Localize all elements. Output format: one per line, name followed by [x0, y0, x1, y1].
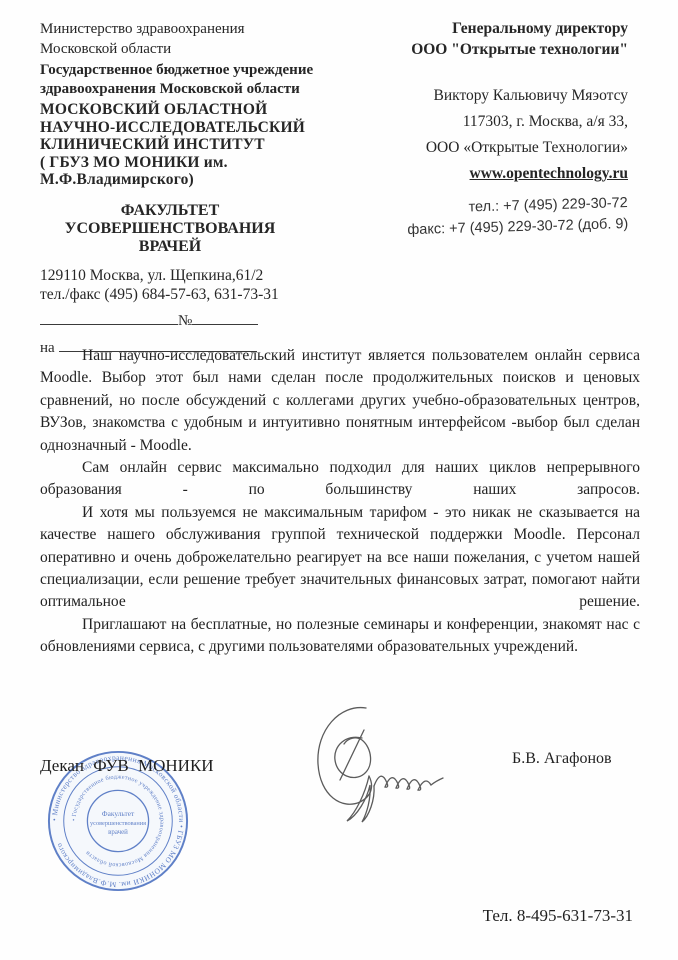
- gbu-line: здравоохранения Московской области: [40, 80, 332, 99]
- ref-number-blank: [192, 311, 258, 325]
- telfax-block: тел.: +7 (495) 229-30-72 факс: +7 (495) …: [376, 193, 629, 242]
- footer: Тел. 8-495-631-73-31: [0, 906, 678, 926]
- recipient-name: Виктору Кальювичу Мяэотсу: [376, 87, 628, 104]
- org-phone: тел./факс (495) 684-57-63, 631-73-31: [40, 285, 332, 304]
- signer-name: Б.В. Агафонов: [512, 750, 612, 768]
- letter-body: Наш научно-исследовательский институт яв…: [40, 345, 640, 659]
- ministry-line: Московской области: [40, 40, 332, 60]
- institute-name-line: МОСКОВСКИЙ ОБЛАСТНОЙ: [40, 101, 332, 119]
- dean-title: Декан ФУВ МОНИКИ: [40, 756, 214, 776]
- stamp-center-line: усовершенствования: [90, 820, 146, 827]
- gbu-line: Государственное бюджетное учреждение: [40, 61, 332, 80]
- website-link: www.opentechnology.ru: [376, 165, 628, 182]
- body-paragraph: И хотя мы пользуемся не максимальным тар…: [40, 502, 640, 614]
- stamp-center-line: Факультет: [102, 809, 135, 818]
- body-paragraph: Наш научно-исследовательский институт яв…: [40, 345, 640, 457]
- faculty-line: ВРАЧЕЙ: [40, 238, 300, 256]
- number-sign: №: [178, 313, 192, 329]
- ref-number-blank: [40, 311, 178, 325]
- scanned-letter-page: Министерство здравоохранения Московской …: [0, 0, 678, 960]
- institute-name-line: НАУЧНО-ИССЛЕДОВАТЕЛЬСКИЙ: [40, 119, 332, 137]
- recipient-title: Генеральному директору: [376, 18, 628, 39]
- recipient-company: ООО "Открытые технологии": [376, 39, 628, 60]
- recipient-company-quoted: ООО «Открытые Технологии»: [376, 139, 628, 156]
- body-paragraph: Сам онлайн сервис максимально подходил д…: [40, 457, 640, 502]
- stamp-center-line: врачей: [108, 829, 128, 836]
- faculty-line: ФАКУЛЬТЕТ: [40, 202, 300, 220]
- letterhead-left: Министерство здравоохранения Московской …: [40, 20, 332, 356]
- ref-number-line: №: [40, 311, 332, 329]
- institute-name-line: М.Ф.Владимирского): [40, 171, 332, 189]
- faculty-line: УСОВЕРШЕНСТВОВАНИЯ: [40, 220, 300, 238]
- institute-name-line: КЛИНИЧЕСКИЙ ИНСТИТУТ: [40, 136, 332, 154]
- ministry-line: Министерство здравоохранения: [40, 20, 332, 40]
- institute-name-line: ( ГБУЗ МО МОНИКИ им.: [40, 154, 332, 172]
- handwritten-signature: [300, 696, 460, 836]
- org-address: 129110 Москва, ул. Щепкина,61/2: [40, 266, 332, 285]
- faculty-title: ФАКУЛЬТЕТ УСОВЕРШЕНСТВОВАНИЯ ВРАЧЕЙ: [40, 202, 300, 256]
- body-paragraph: Приглашают на бесплатные, но полезные се…: [40, 614, 640, 659]
- letterhead-right: Генеральному директору ООО "Открытые тех…: [376, 18, 628, 235]
- recipient-address: 117303, г. Москва, а/я 33,: [376, 113, 628, 130]
- signature-area: • Министерство здравоохранения Московско…: [0, 690, 678, 910]
- footer-phone: Тел. 8-495-631-73-31: [483, 906, 633, 925]
